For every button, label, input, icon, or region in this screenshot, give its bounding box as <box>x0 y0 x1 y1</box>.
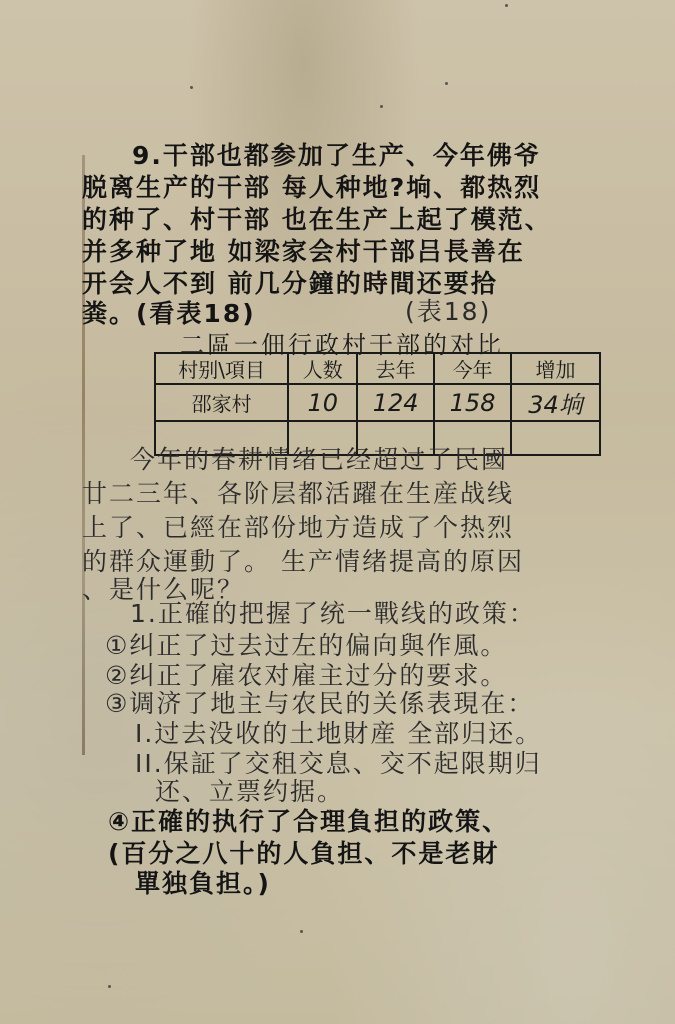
table-reference: (表18) <box>405 296 491 328</box>
table-row: 邵家村 10 124 158 34垧 <box>155 384 600 421</box>
table-header-cell: 村别\項目 <box>155 353 288 384</box>
text-line: 脱离生产的干部 每人种地?垧、都热烈 <box>82 172 541 204</box>
text-line: 的种了、村干部 也在生产上起了模范、 <box>82 204 552 236</box>
list-roman-item: I.过去没收的土地財産 全部归还。 <box>135 718 542 750</box>
table-header-cell: 增加 <box>511 353 600 384</box>
comparison-table: 村别\項目 人数 去年 今年 增加 邵家村 10 124 158 34垧 <box>154 352 601 456</box>
ink-speck <box>108 985 111 988</box>
text-line: 上了、已經在部份地方造成了个热烈 <box>82 512 514 544</box>
table-cell: 158 <box>434 384 511 421</box>
table-cell: 10 <box>288 384 357 421</box>
list-roman-item: 还、立票约据。 <box>155 776 344 808</box>
list-item: ④正確的执行了合理負担的政策、 <box>108 806 509 838</box>
text-line: 廿二三年、各阶层都活躍在生産战线 <box>82 478 514 510</box>
ink-speck <box>445 82 448 85</box>
list-item: (百分之八十的人負担、不是老財 <box>108 838 499 870</box>
text-line: 并多种了地 如梁家会村干部吕長善在 <box>82 236 525 268</box>
table-header-cell: 去年 <box>357 353 434 384</box>
ink-speck <box>380 105 383 108</box>
ink-speck <box>190 86 193 89</box>
table-cell: 邵家村 <box>155 384 288 421</box>
table-header-cell: 人数 <box>288 353 357 384</box>
list-item: 單独負担。) <box>135 868 271 900</box>
ink-speck <box>505 4 508 7</box>
table-cell <box>511 421 600 455</box>
text-line: 今年的春耕情绪已经超过了民國 <box>130 444 508 476</box>
table-cell: 124 <box>357 384 434 421</box>
list-sub-item: ①纠正了过去过左的偏向與作風。 <box>105 630 507 662</box>
list-sub-item: ③调济了地主与农民的关係表現在： <box>105 688 534 720</box>
table-header-cell: 今年 <box>434 353 511 384</box>
ink-speck <box>300 930 303 933</box>
table-cell: 34垧 <box>511 384 600 421</box>
table-header-row: 村别\項目 人数 去年 今年 增加 <box>155 353 600 384</box>
list-item: 1.正確的把握了统一戰线的政策： <box>130 598 536 630</box>
text-line: 9.干部也都参加了生产、今年佛爷 <box>132 140 541 172</box>
